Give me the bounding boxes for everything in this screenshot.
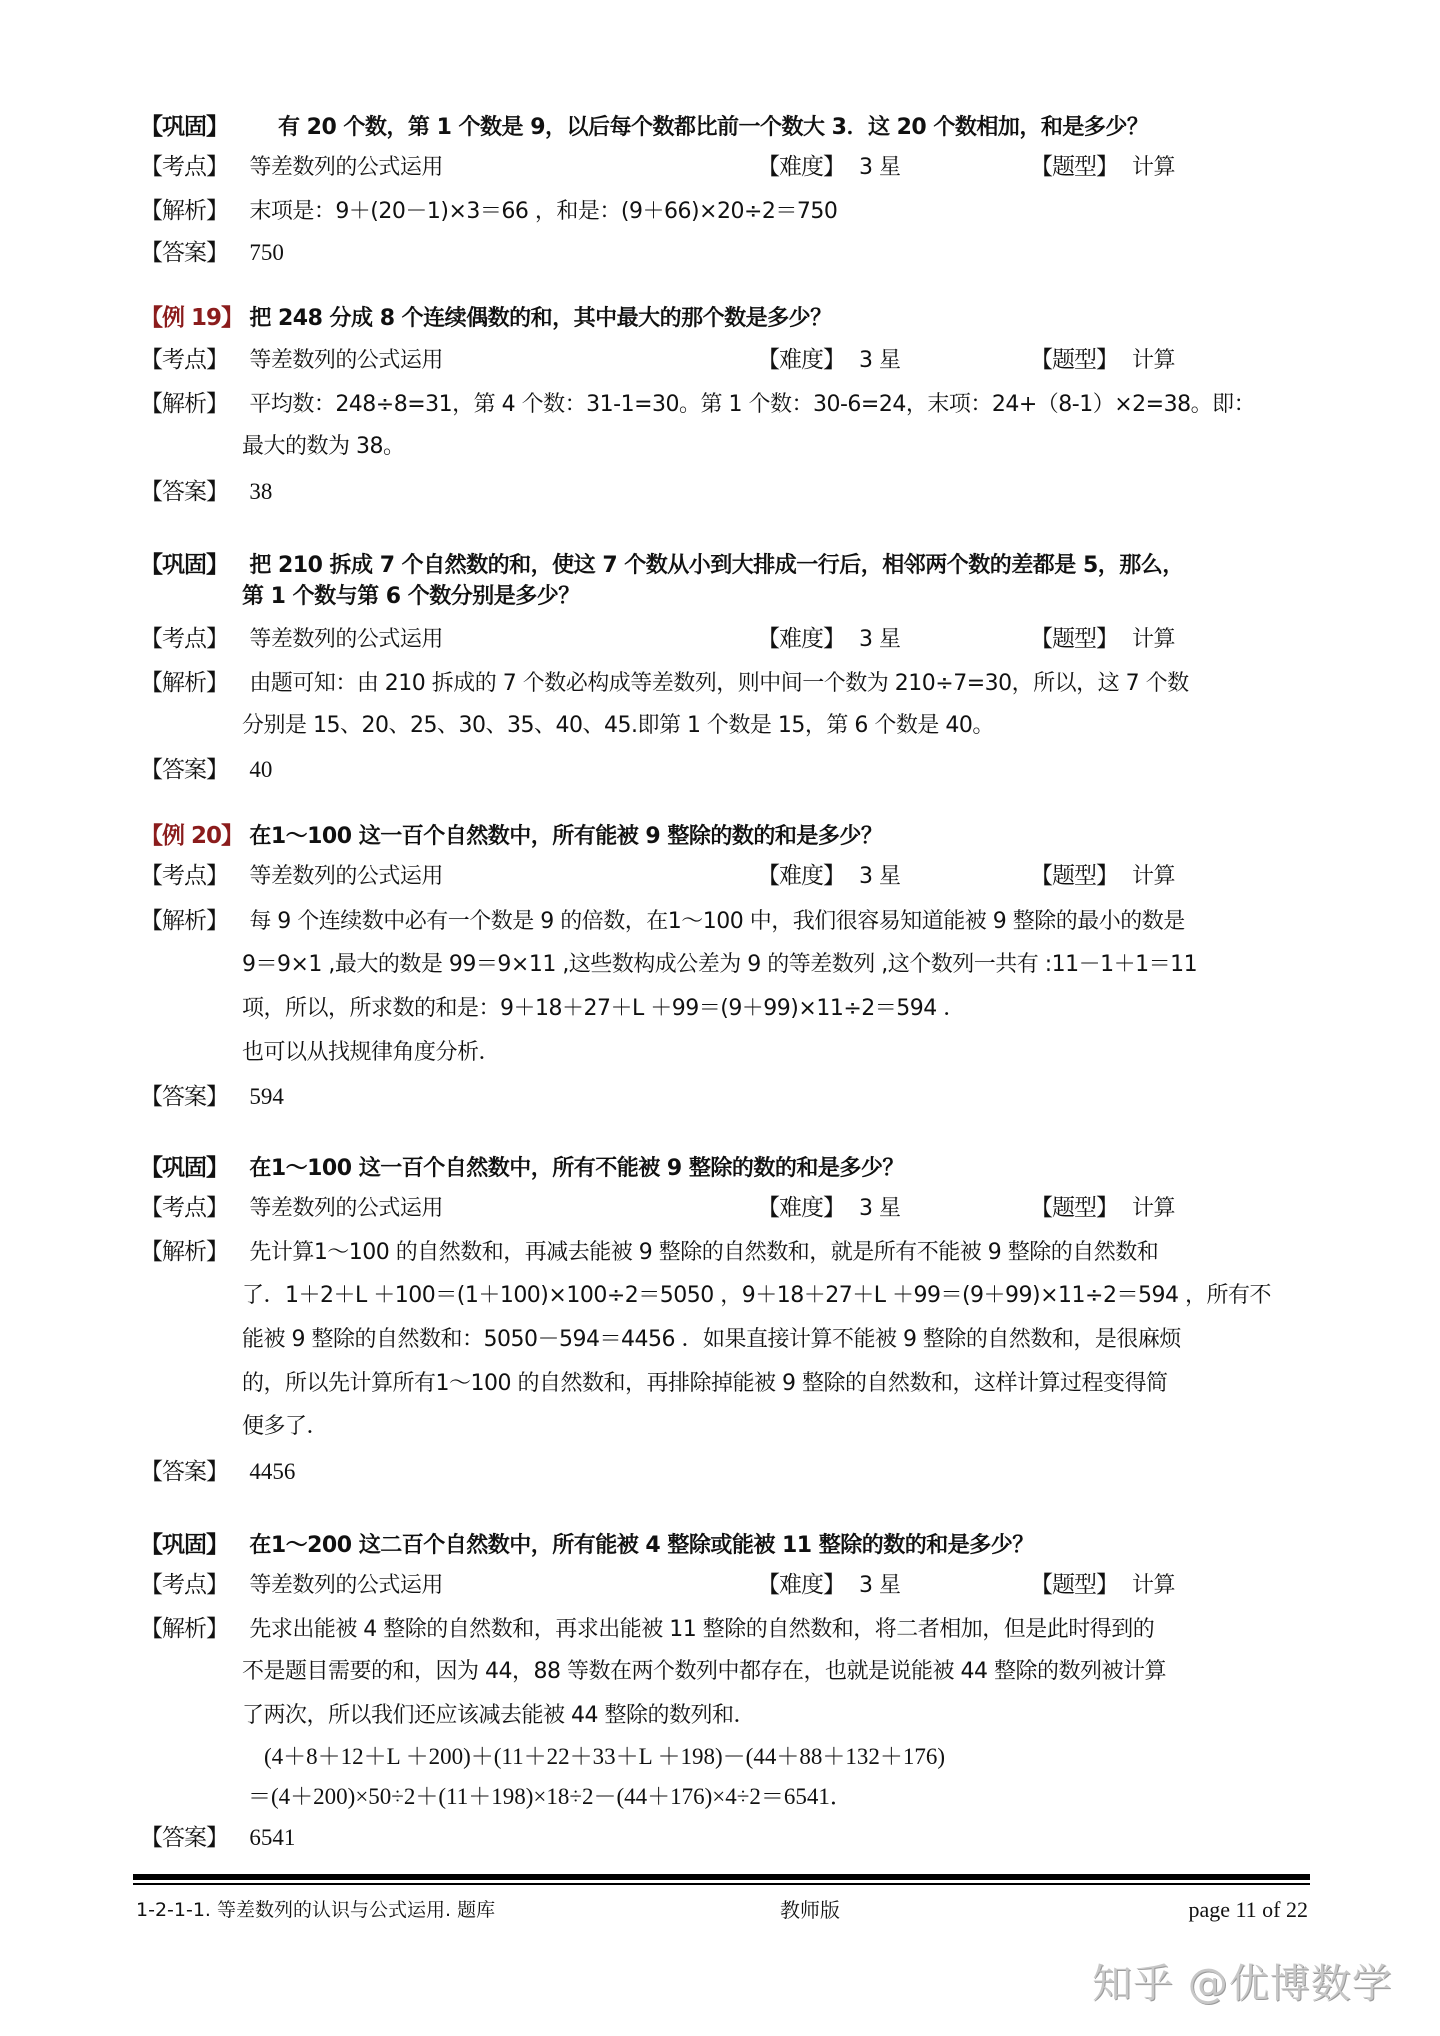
question-type-value: 计算 <box>1132 1196 1175 1221</box>
analysis-line: 先求出能被 4 整除的自然数和，再求出能被 11 整除的自然数和，将二者相加，但… <box>249 1617 1154 1642</box>
analysis-line: 不是题目需要的和，因为 44，88 等数在两个数列中都存在，也就是说能被 44 … <box>242 1652 1166 1692</box>
answer-label: 【答案】 <box>140 750 242 790</box>
difficulty-value: 3 星 <box>859 1196 901 1221</box>
analysis-row: 【解析】 先求出能被 4 整除的自然数和，再求出能被 11 整除的自然数和，将二… <box>140 1609 1154 1649</box>
meta-row: 【考点】 等差数列的公式运用 【难度】3 星 【题型】计算 <box>140 1188 443 1228</box>
meta-row: 【考点】 等差数列的公式运用 【难度】3 星 【题型】计算 <box>140 340 443 380</box>
analysis-line: 平均数：248÷8=31，第 4 个数：31-1=30。第 1 个数：30-6=… <box>249 392 1255 417</box>
difficulty-value: 3 星 <box>859 1573 901 1598</box>
answer-label: 【答案】 <box>140 1818 242 1858</box>
question-text: 在1～100 这一百个自然数中，所有能被 9 整除的数的和是多少？ <box>249 824 882 849</box>
difficulty-label: 【难度】 <box>757 340 859 380</box>
question-row: 【例 20】 在1～100 这一百个自然数中，所有能被 9 整除的数的和是多少？ <box>140 816 882 856</box>
analysis-line: 也可以从找规律角度分析． <box>242 1033 500 1073</box>
answer-row: 【答案】 40 <box>140 750 272 790</box>
difficulty-value: 3 星 <box>859 627 901 652</box>
knowledge-point-value: 等差数列的公式运用 <box>249 864 443 889</box>
analysis-label: 【解析】 <box>140 1232 242 1272</box>
formula-line: (4＋8＋12＋L ＋200)＋(11＋22＋33＋L ＋198)－(44＋88… <box>264 1737 945 1777</box>
difficulty-label: 【难度】 <box>757 619 859 659</box>
question-text: 把 248 分成 8 个连续偶数的和，其中最大的那个数是多少？ <box>249 306 831 331</box>
answer-label: 【答案】 <box>140 1452 242 1492</box>
analysis-line: 先计算1～100 的自然数和，再减去能被 9 整除的自然数和，就是所有不能被 9… <box>249 1240 1158 1265</box>
answer-row: 【答案】 750 <box>140 233 284 273</box>
answer-value: 38 <box>249 479 272 504</box>
meta-row: 【考点】 等差数列的公式运用 【难度】3 星 【题型】计算 <box>140 1565 443 1605</box>
question-row: 【巩固】 有 20 个数，第 1 个数是 9，以后每个数都比前一个数大 3．这 … <box>140 107 1148 147</box>
question-text: 把 210 拆成 7 个自然数的和，使这 7 个数从小到大排成一行后，相邻两个数… <box>249 553 1183 578</box>
footer-divider-thick <box>133 1874 1310 1880</box>
example-label: 【例 20】 <box>140 816 242 856</box>
document-page: 【巩固】 有 20 个数，第 1 个数是 9，以后每个数都比前一个数大 3．这 … <box>0 0 1440 2036</box>
question-text: 在1～200 这二百个自然数中，所有能被 4 整除或能被 11 整除的数的和是多… <box>249 1533 1033 1558</box>
analysis-line: 每 9 个连续数中必有一个数是 9 的倍数，在1～100 中，我们很容易知道能被… <box>249 909 1184 934</box>
answer-value: 594 <box>249 1084 284 1109</box>
knowledge-point-value: 等差数列的公式运用 <box>249 155 443 180</box>
question-text-continued: 第 1 个数与第 6 个数分别是多少？ <box>242 577 580 617</box>
question-type-label: 【题型】 <box>1030 340 1132 380</box>
knowledge-point-value: 等差数列的公式运用 <box>249 627 443 652</box>
analysis-row: 【解析】 每 9 个连续数中必有一个数是 9 的倍数，在1～100 中，我们很容… <box>140 901 1185 941</box>
question-row: 【例 19】 把 248 分成 8 个连续偶数的和，其中最大的那个数是多少？ <box>140 298 832 338</box>
analysis-line: 了．1＋2＋L ＋100＝(1＋100)×100÷2＝5050 ，9＋18＋27… <box>242 1276 1271 1316</box>
example-label: 【例 19】 <box>140 298 242 338</box>
analysis-line: 最大的数为 38。 <box>242 427 405 467</box>
difficulty-value: 3 星 <box>859 155 901 180</box>
analysis-label: 【解析】 <box>140 901 242 941</box>
answer-value: 40 <box>249 757 272 782</box>
difficulty-label: 【难度】 <box>757 856 859 896</box>
question-text: 有 20 个数，第 1 个数是 9，以后每个数都比前一个数大 3．这 20 个数… <box>249 115 1148 140</box>
difficulty-label: 【难度】 <box>757 147 859 187</box>
question-row: 【巩固】 在1～200 这二百个自然数中，所有能被 4 整除或能被 11 整除的… <box>140 1525 1034 1565</box>
answer-label: 【答案】 <box>140 1077 242 1117</box>
answer-label: 【答案】 <box>140 472 242 512</box>
analysis-label: 【解析】 <box>140 663 242 703</box>
answer-row: 【答案】 4456 <box>140 1452 295 1492</box>
meta-row: 【考点】 等差数列的公式运用 【难度】3 星 【题型】计算 <box>140 619 443 659</box>
footer-edition: 教师版 <box>780 1896 840 1924</box>
question-type-value: 计算 <box>1132 864 1175 889</box>
knowledge-point-value: 等差数列的公式运用 <box>249 1196 443 1221</box>
answer-value: 750 <box>249 240 284 265</box>
answer-value: 4456 <box>249 1459 295 1484</box>
meta-row: 【考点】 等差数列的公式运用 【难度】3 星 【题型】计算 <box>140 147 443 187</box>
question-type-label: 【题型】 <box>1030 1565 1132 1605</box>
footer-page-number: page 11 of 22 <box>1188 1896 1308 1924</box>
analysis-label: 【解析】 <box>140 191 242 231</box>
analysis-row: 【解析】 末项是：9＋(20－1)×3＝66 ，和是：(9＋66)×20÷2＝7… <box>140 191 837 231</box>
knowledge-point-label: 【考点】 <box>140 619 242 659</box>
knowledge-point-label: 【考点】 <box>140 340 242 380</box>
answer-row: 【答案】 38 <box>140 472 272 512</box>
question-type-label: 【题型】 <box>1030 619 1132 659</box>
difficulty-label: 【难度】 <box>757 1188 859 1228</box>
knowledge-point-label: 【考点】 <box>140 147 242 187</box>
difficulty-label: 【难度】 <box>757 1565 859 1605</box>
question-row: 【巩固】 在1～100 这一百个自然数中，所有不能被 9 整除的数的和是多少？ <box>140 1148 904 1188</box>
footer-divider-thin <box>133 1883 1310 1885</box>
analysis-line: 了两次，所以我们还应该减去能被 44 整除的数列和． <box>242 1696 755 1736</box>
question-type-value: 计算 <box>1132 627 1175 652</box>
zhihu-watermark: 知乎 @优博数学 <box>1092 1952 1393 2009</box>
knowledge-point-value: 等差数列的公式运用 <box>249 1573 443 1598</box>
question-type-value: 计算 <box>1132 348 1175 373</box>
analysis-row: 【解析】 由题可知：由 210 拆成的 7 个数必构成等差数列，则中间一个数为 … <box>140 663 1189 703</box>
analysis-line: 能被 9 整除的自然数和：5050－594＝4456 ．如果直接计算不能被 9 … <box>242 1320 1181 1360</box>
answer-row: 【答案】 6541 <box>140 1818 295 1858</box>
question-text: 在1～100 这一百个自然数中，所有不能被 9 整除的数的和是多少？ <box>249 1156 904 1181</box>
analysis-line: 由题可知：由 210 拆成的 7 个数必构成等差数列，则中间一个数为 210÷7… <box>249 671 1188 696</box>
difficulty-value: 3 星 <box>859 864 901 889</box>
question-type-label: 【题型】 <box>1030 1188 1132 1228</box>
meta-row: 【考点】 等差数列的公式运用 【难度】3 星 【题型】计算 <box>140 856 443 896</box>
analysis-line: 分别是 15、20、25、30、35、40、45.即第 1 个数是 15，第 6… <box>242 706 994 746</box>
consolidation-label: 【巩固】 <box>140 545 242 585</box>
analysis-label: 【解析】 <box>140 1609 242 1649</box>
analysis-line: 便多了． <box>242 1407 328 1447</box>
knowledge-point-label: 【考点】 <box>140 1565 242 1605</box>
answer-row: 【答案】 594 <box>140 1077 284 1117</box>
question-type-label: 【题型】 <box>1030 147 1132 187</box>
analysis-row: 【解析】 平均数：248÷8=31，第 4 个数：31-1=30。第 1 个数：… <box>140 384 1255 424</box>
consolidation-label: 【巩固】 <box>140 1525 242 1565</box>
analysis-line: 末项是：9＋(20－1)×3＝66 ，和是：(9＋66)×20÷2＝750 <box>249 199 837 224</box>
question-type-value: 计算 <box>1132 155 1175 180</box>
knowledge-point-label: 【考点】 <box>140 856 242 896</box>
answer-value: 6541 <box>249 1825 295 1850</box>
footer-document-title: 1-2-1-1. 等差数列的认识与公式运用. 题库 <box>136 1896 495 1924</box>
analysis-label: 【解析】 <box>140 384 242 424</box>
analysis-row: 【解析】 先计算1～100 的自然数和，再减去能被 9 整除的自然数和，就是所有… <box>140 1232 1158 1272</box>
consolidation-label: 【巩固】 <box>140 107 242 147</box>
question-type-value: 计算 <box>1132 1573 1175 1598</box>
knowledge-point-label: 【考点】 <box>140 1188 242 1228</box>
analysis-line: 9＝9×1 ,最大的数是 99＝9×11 ,这些数构成公差为 9 的等差数列 ,… <box>242 945 1197 985</box>
analysis-line: 的，所以先计算所有1～100 的自然数和，再排除掉能被 9 整除的自然数和，这样… <box>242 1364 1167 1404</box>
question-type-label: 【题型】 <box>1030 856 1132 896</box>
consolidation-label: 【巩固】 <box>140 1148 242 1188</box>
analysis-line: 项，所以，所求数的和是：9＋18＋27＋L ＋99＝(9＋99)×11÷2＝59… <box>242 989 965 1029</box>
answer-label: 【答案】 <box>140 233 242 273</box>
formula-line: ＝(4＋200)×50÷2＋(11＋198)×18÷2－(44＋176)×4÷2… <box>248 1777 853 1817</box>
difficulty-value: 3 星 <box>859 348 901 373</box>
knowledge-point-value: 等差数列的公式运用 <box>249 348 443 373</box>
